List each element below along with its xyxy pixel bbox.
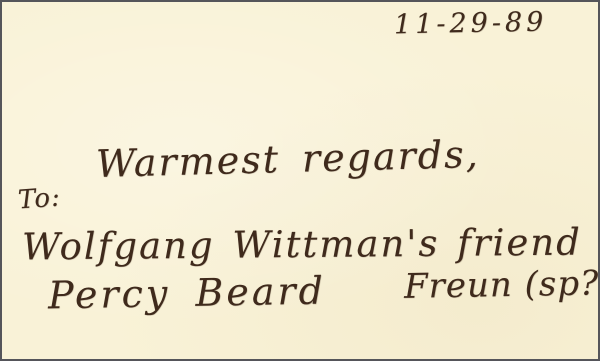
handwritten-date: 11-29-89 xyxy=(394,9,548,39)
recipient-text: Wolfgang Wittman's friend xyxy=(22,224,582,266)
signature-text: Percy Beard xyxy=(48,272,327,315)
autograph-card: 11-29-89 Warmest regards, To: Wolfgang W… xyxy=(0,0,600,361)
postscript-text: Freun (sp?) xyxy=(404,266,600,304)
to-label: To: xyxy=(17,185,61,214)
salutation-text: Warmest regards, xyxy=(96,135,481,183)
